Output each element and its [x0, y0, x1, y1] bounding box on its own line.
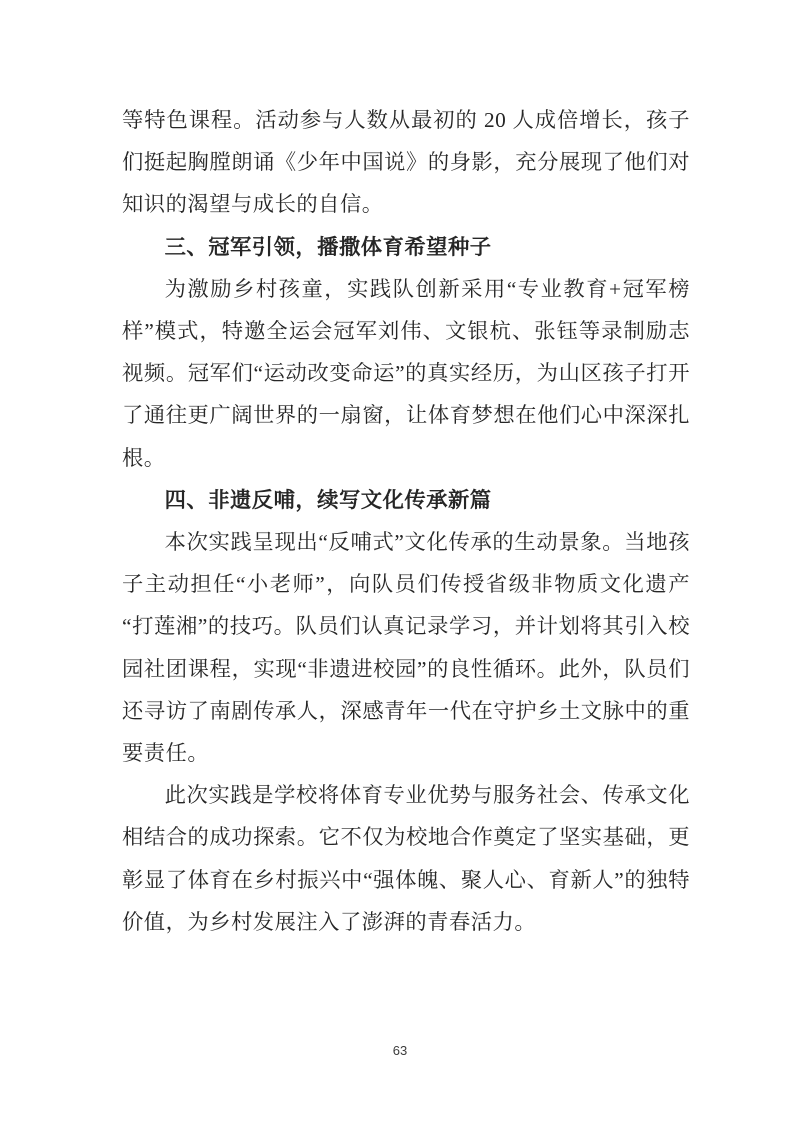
body-paragraph-continuation: 等特色课程。活动参与人数从最初的 20 人成倍增长，孩子们挺起胸膛朗诵《少年中国…	[122, 99, 690, 226]
body-paragraph: 此次实践是学校将体育专业优势与服务社会、传承文化相结合的成功探索。它不仅为校地合…	[122, 774, 690, 943]
section-heading-3: 三、冠军引领，播撒体育希望种子	[122, 226, 690, 268]
section-heading-4: 四、非遗反哺，续写文化传承新篇	[122, 479, 690, 521]
document-body: 等特色课程。活动参与人数从最初的 20 人成倍增长，孩子们挺起胸膛朗诵《少年中国…	[122, 99, 690, 943]
page-footer: 63	[0, 1042, 800, 1060]
body-paragraph: 为激励乡村孩童，实践队创新采用“专业教育+冠军榜样”模式，特邀全运会冠军刘伟、文…	[122, 268, 690, 479]
body-paragraph: 本次实践呈现出“反哺式”文化传承的生动景象。当地孩子主动担任“小老师”，向队员们…	[122, 521, 690, 774]
document-page: 等特色课程。活动参与人数从最初的 20 人成倍增长，孩子们挺起胸膛朗诵《少年中国…	[0, 0, 800, 1131]
page-number: 63	[393, 1043, 407, 1058]
